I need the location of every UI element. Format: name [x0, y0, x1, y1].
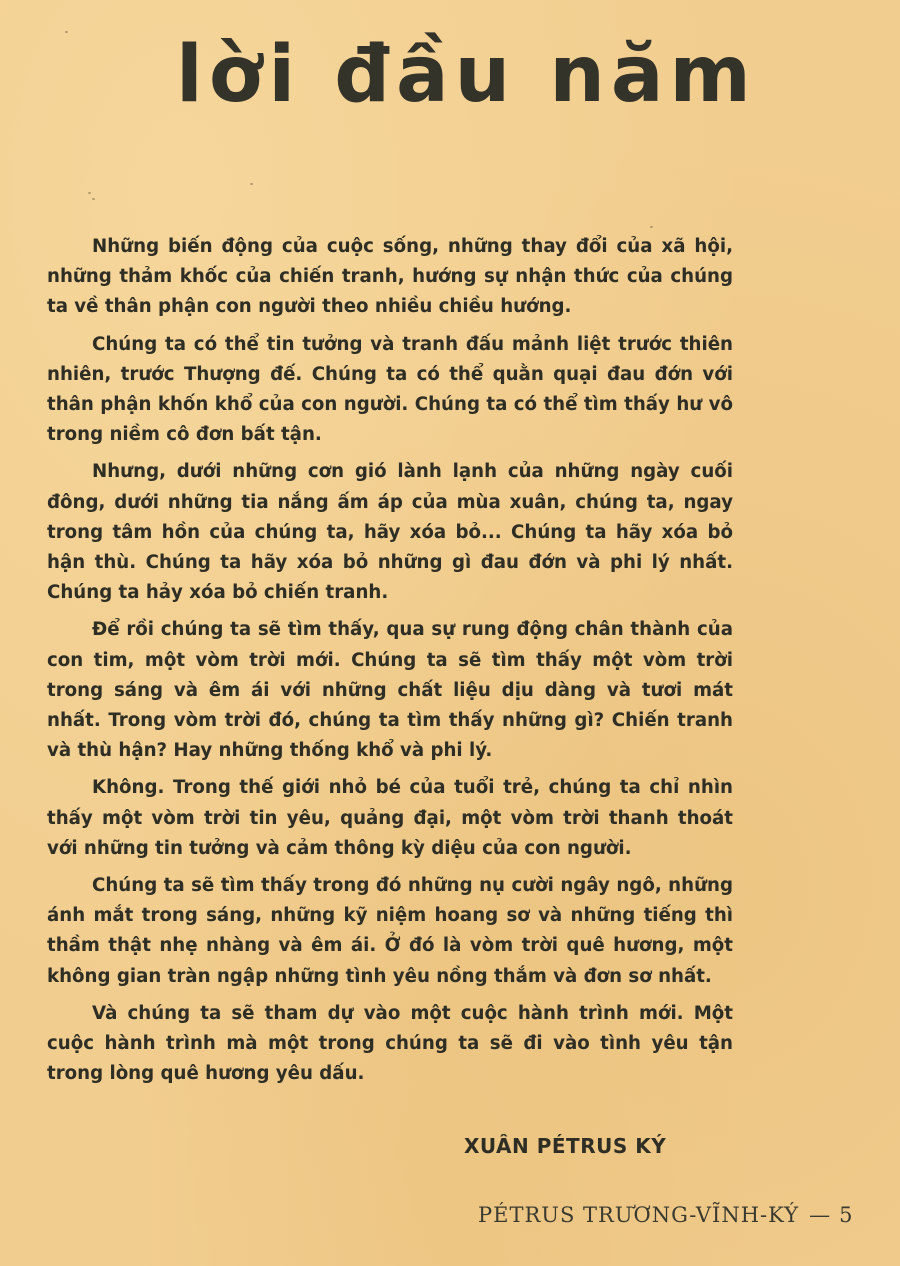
paragraph: Không. Trong thế giới nhỏ bé của tuổi tr…	[47, 773, 733, 864]
paper-speck	[650, 226, 653, 228]
article-body: Những biến động của cuộc sống, những tha…	[47, 232, 733, 1096]
paragraph: Những biến động của cuộc sống, những tha…	[47, 232, 733, 323]
page-footer: PÉTRUS TRƯƠNG-VĨNH-KÝ—5	[478, 1203, 854, 1227]
paragraph: Nhưng, dưới những cơn gió lành lạnh của …	[47, 457, 733, 608]
paper-speck	[92, 198, 95, 200]
paragraph: Và chúng ta sẽ tham dự vào một cuộc hành…	[47, 999, 733, 1090]
paragraph: Chúng ta sẽ tìm thấy trong đó những nụ c…	[47, 871, 733, 992]
page-title: lời đầu năm	[176, 30, 757, 120]
paragraph: Chúng ta có thể tin tưởng và tranh đấu m…	[47, 330, 733, 451]
magazine-page: lời đầu năm Những biến động của cuộc sốn…	[0, 0, 900, 1266]
page-number: 5	[839, 1203, 853, 1227]
publication-name: PÉTRUS TRƯƠNG-VĨNH-KÝ	[478, 1203, 799, 1227]
paper-speck	[88, 192, 91, 194]
paper-speck	[250, 183, 253, 185]
paper-speck	[65, 31, 68, 33]
paragraph: Để rồi chúng ta sẽ tìm thấy, qua sự rung…	[47, 615, 733, 766]
footer-separator: —	[809, 1203, 831, 1227]
author-signature: XUÂN PÉTRUS KÝ	[464, 1134, 666, 1158]
